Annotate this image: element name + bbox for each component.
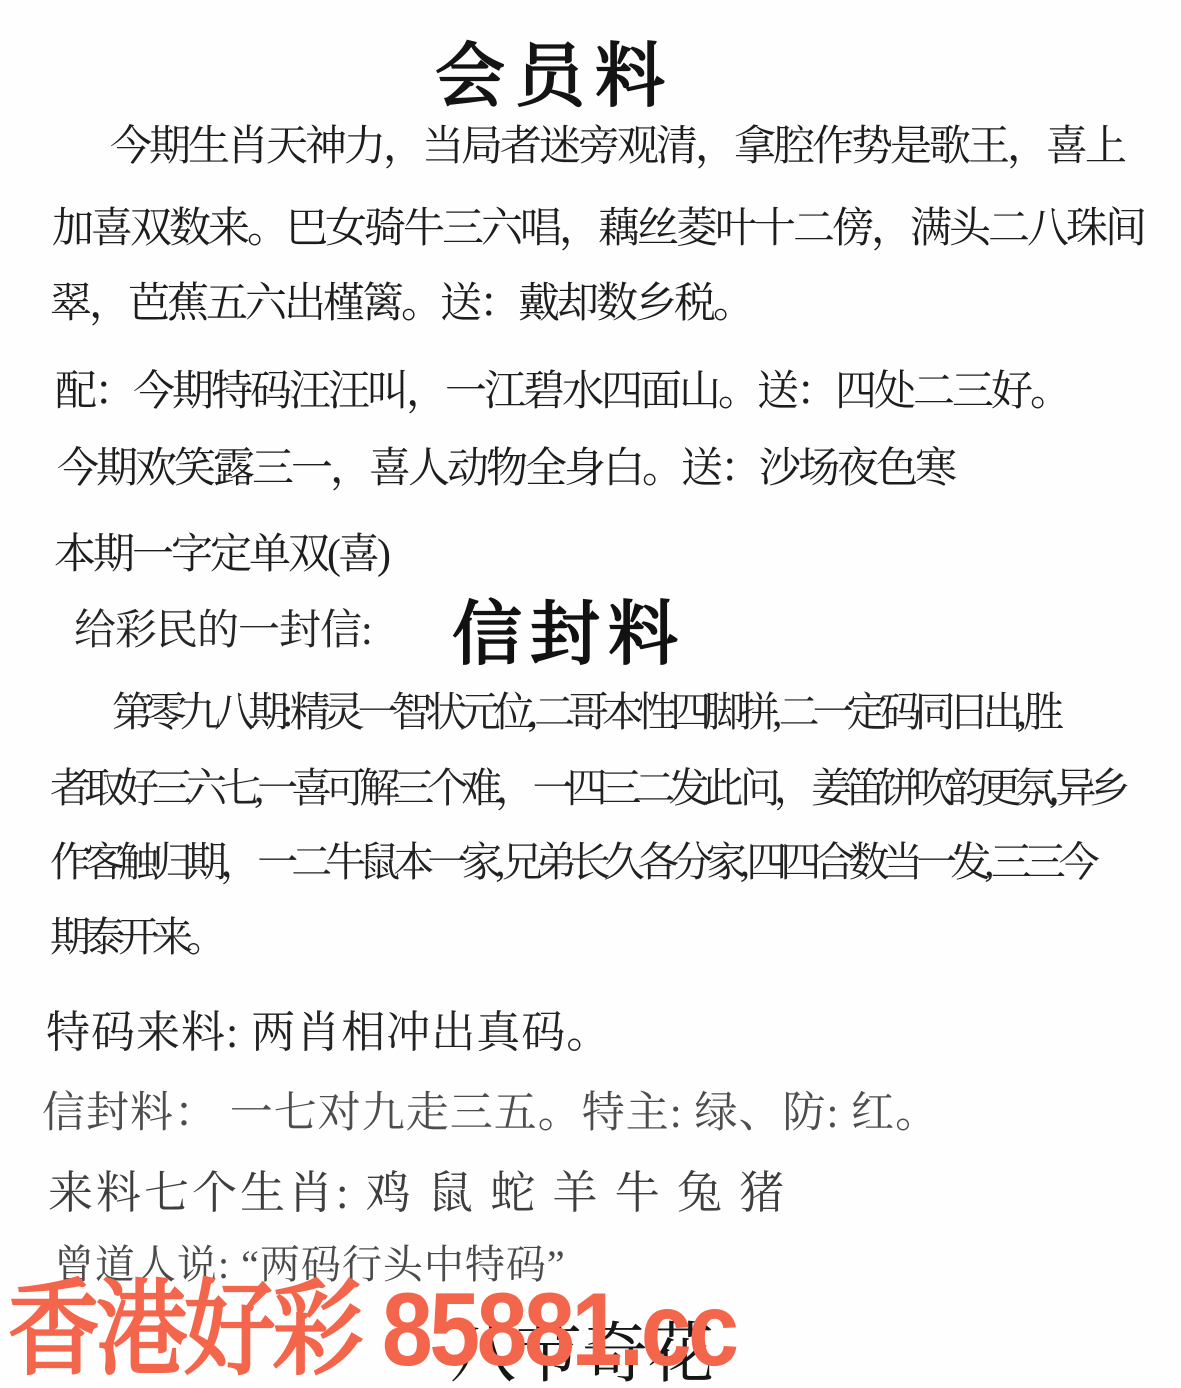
member-paragraph-line-2: 加喜双数来。巴女骑牛三六唱，藕丝菱叶十二傍，满头二八珠间 xyxy=(52,206,1144,253)
zodiac-line: 来料七个生肖: 鸡 鼠 蛇 羊 牛 兔 猪 xyxy=(48,1168,787,1218)
xinfeng-line: 信封料： 一七对九走三五。特主: 绿、防: 红。 xyxy=(42,1090,939,1138)
letter-paragraph-line-4: 期泰开来。 xyxy=(50,915,220,961)
benqi-line: 本期一字定单双(喜) xyxy=(54,532,388,579)
letter-paragraph-line-3: 作客触归期， 一二牛鼠本一家, 兄弟长久各分家, 四四合数当一发, 三三今 xyxy=(50,840,1093,886)
huanxiao-line: 今期欢笑露三一，喜人动物全身白。送：沙场夜色寒 xyxy=(57,446,954,493)
letter-paragraph-line-1: 第零九八期: 精灵一智状元位, 二哥本性四脚拼, 二一定码同日出, 胜 xyxy=(112,690,1057,736)
member-paragraph-line-3: 翠，芭蕉五六出槿篱。送：戴却数乡税。 xyxy=(50,281,752,328)
tema-line: 特码来料: 两肖相冲出真码。 xyxy=(46,1008,611,1057)
site-watermark: 香港好彩 85881.cc xyxy=(8,1278,735,1382)
pei-line: 配：今期特码汪汪叫，一江碧水四面山。送：四处二三好。 xyxy=(55,369,1069,416)
letter-paragraph-line-2: 者取好三六七,一喜可解三个难， 一四三二发此 问， 姜笛饼吹韵更氛, 异乡 xyxy=(50,766,1124,812)
member-section-title: 会员料 xyxy=(0,20,1110,121)
member-paragraph-line-1: 今期生肖天神力，当局者迷旁观清，拿腔作势是歌王，喜上 xyxy=(110,124,1124,171)
letter-section-title: 信封料 xyxy=(452,578,686,679)
letter-intro-label: 给彩民的一封信: xyxy=(74,608,372,655)
scanned-document-page: 会员料 今期生肖天神力，当局者迷旁观清，拿腔作势是歌王，喜上 加喜双数来。巴女骑… xyxy=(0,0,1181,1388)
